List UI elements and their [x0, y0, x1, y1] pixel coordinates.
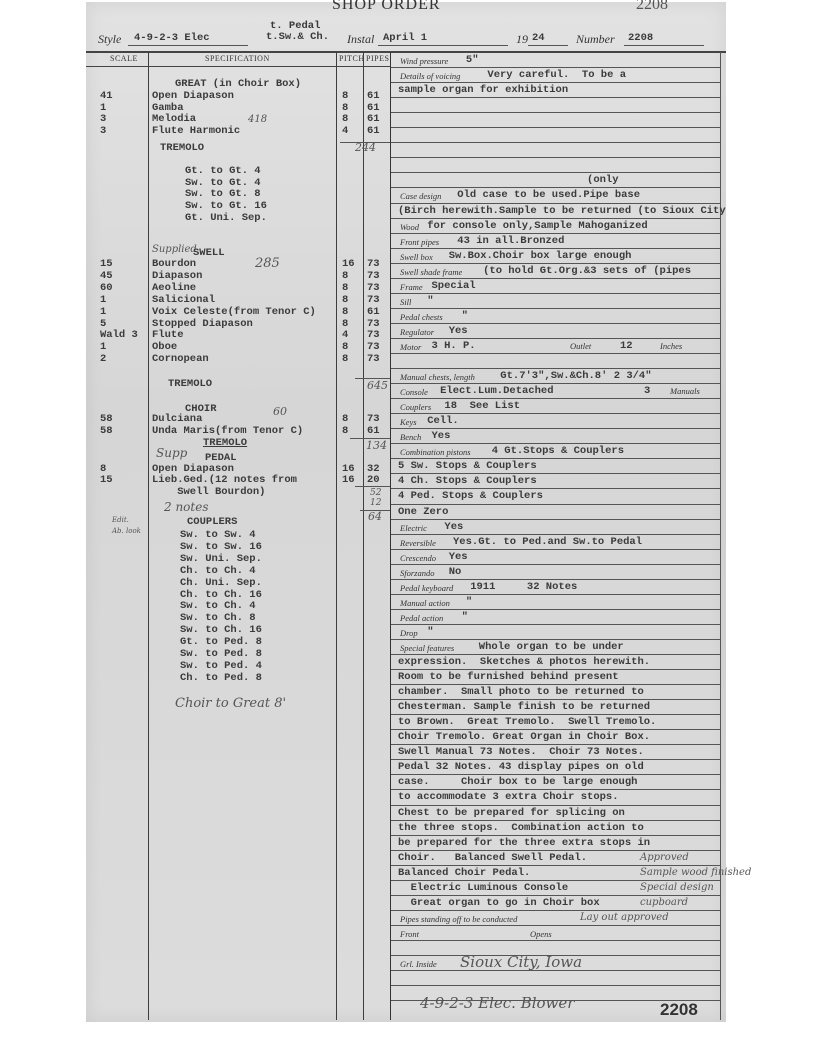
form-rule [391, 233, 720, 234]
field-value: 5" [466, 55, 479, 66]
field-value: 4 Ch. Stops & Couplers [398, 476, 537, 487]
stop-pitch: 8 [342, 307, 348, 318]
form-rule [391, 729, 720, 730]
motor-outlet-unit: Inches [660, 341, 682, 352]
field-value: Chest to be prepared for splicing on [398, 808, 625, 819]
field-label: Sforzando [400, 568, 434, 579]
field-value: be prepared for the three extra stops in [398, 838, 650, 849]
field-label: Front [400, 929, 419, 940]
stop-pipes: 61 [367, 426, 380, 437]
pedal-total: 64 [368, 511, 382, 522]
form-rule [391, 218, 720, 219]
couplers-heading: COUPLERS [187, 517, 237, 528]
opens-label: Opens [530, 929, 552, 940]
stop-scale: 58 [100, 426, 113, 437]
stop-pitch: 16 [342, 475, 355, 486]
field-label: Bench [400, 432, 421, 443]
form-rule [391, 368, 720, 369]
hand-note: Supp [156, 448, 187, 459]
field-label: Manual action [400, 598, 450, 609]
stop-pitch: 16 [342, 259, 355, 270]
field-value: " [427, 296, 433, 307]
choir-total: 134 [366, 440, 387, 451]
col-header-divider [86, 66, 390, 67]
field-value: " [462, 612, 468, 623]
col-pitch: PITCH [339, 54, 365, 63]
field-value: 43 in all.Bronzed [457, 236, 564, 247]
field-value: Whole organ to be under [479, 642, 624, 653]
col-scale: SCALE [110, 54, 138, 63]
form-rule [391, 443, 720, 444]
handwritten-note: Sioux City, Iowa [460, 957, 582, 968]
stop-pipes: 73 [367, 342, 380, 353]
handwritten-note: cupboard [640, 897, 688, 908]
stop-name: Stopped Diapason [152, 319, 253, 330]
stop-pitch: 8 [342, 283, 348, 294]
stop-pipes: 61 [367, 103, 380, 114]
choir-tremolo: TREMOLO [203, 438, 247, 449]
field-label: Electric [400, 523, 427, 534]
hand-note: 2 notes [164, 502, 208, 513]
stop-name: Oboe [152, 342, 177, 353]
handwritten-note: Lay out approved [580, 912, 669, 923]
field-value: " [427, 627, 433, 638]
stop-pipes: 73 [367, 414, 380, 425]
pedal-subvalue: 12 [370, 498, 381, 509]
field-label: Motor [400, 342, 421, 353]
field-value: (Birch herewith.Sample to be returned (t… [398, 206, 726, 217]
field-label: Console [400, 387, 428, 398]
field-label: Swell shade frame [400, 267, 462, 278]
form-rule [391, 564, 720, 565]
motor-outlet-value: 12 [620, 341, 633, 352]
field-value: Chesterman. Sample finish to be returned [398, 702, 650, 713]
form-rule [391, 865, 720, 866]
handwritten-note: Sample wood finished [640, 867, 751, 878]
stop-pipes: 73 [367, 319, 380, 330]
form-rule [391, 985, 720, 986]
stop-name: Diapason [152, 271, 202, 282]
form-rule [391, 142, 720, 143]
stop-pipes: 73 [367, 259, 380, 270]
form-rule [391, 157, 720, 158]
field-value: Old case to be used.Pipe base [457, 190, 640, 201]
handwritten-note: Special design [640, 882, 714, 893]
console-manuals-value: 3 [644, 386, 650, 397]
form-rule [391, 488, 720, 489]
field-value: Yes.Gt. to Ped.and Sw.to Pedal [453, 537, 642, 548]
field-value: 18 See List [444, 401, 520, 412]
field-value: chamber. Small photo to be returned to [398, 687, 644, 698]
stop-scale: 1 [100, 342, 106, 353]
stop-pipes: 61 [367, 126, 380, 137]
instal-label: Instal [347, 32, 374, 47]
field-value: Pedal 32 Notes. 43 display pipes on old [398, 762, 644, 773]
field-value: 4 Ped. Stops & Couplers [398, 491, 543, 502]
handwritten-note: Approved [640, 852, 689, 863]
coupler-item: Ch. to Ch. 4 [180, 566, 256, 577]
swell-heading: SWELL [193, 248, 225, 259]
stop-scale: 3 [100, 126, 106, 137]
coupler-item: Sw. to Ch. 16 [180, 625, 262, 636]
field-value: (to hold Gt.Org.&3 sets of (pipes [483, 266, 691, 277]
coupler-item: Sw. to Ch. 4 [180, 601, 256, 612]
field-value: for console only,Sample Mahoganized [427, 221, 648, 232]
stop-pipes: 61 [367, 114, 380, 125]
field-value: No [449, 567, 462, 578]
great-tremolo: TREMOLO [160, 143, 204, 154]
field-label: Pedal chests [400, 312, 443, 323]
col-pipes: PIPES [366, 54, 389, 63]
hand-note: 285 [255, 258, 280, 269]
hand-note: Supplied [152, 244, 197, 255]
stop-name: Swell Bourdon) [152, 487, 265, 498]
total-rule [350, 438, 390, 439]
stop-pipes: 20 [367, 475, 380, 486]
form-rule [391, 127, 720, 128]
form-rule [391, 654, 720, 655]
header-fields: Style 4-9-2-3 Elec t. Pedal t.Sw.& Ch. I… [98, 20, 718, 50]
field-value: Electric Luminous Console [398, 883, 568, 894]
form-rule [391, 820, 720, 821]
form-rule [391, 880, 720, 881]
stop-pitch: 8 [342, 354, 348, 365]
stop-scale: 1 [100, 103, 106, 114]
form-rule [391, 263, 720, 264]
stop-pipes: 73 [367, 283, 380, 294]
coupler-item: Sw. to Ped. 4 [180, 661, 262, 672]
great-coupler: Sw. to Gt. 4 [185, 178, 261, 189]
form-rule [391, 504, 720, 505]
form-rule [391, 323, 720, 324]
stop-name: Lieb.Ged.(12 notes from [152, 475, 297, 486]
margin-note: Edit. Ab. look [112, 515, 142, 537]
col-specification: SPECIFICATION [205, 54, 270, 63]
field-label: Wood [400, 222, 419, 233]
stop-pitch: 4 [342, 126, 348, 137]
stop-pipes: 61 [367, 307, 380, 318]
form-rule [391, 293, 720, 294]
stop-pitch: 8 [342, 91, 348, 102]
stop-name: Aeoline [152, 283, 196, 294]
field-label: Regulator [400, 327, 434, 338]
form-rule [391, 473, 720, 474]
coupler-item: Ch. to Ped. 8 [180, 673, 262, 684]
form-rule [391, 669, 720, 670]
form-rule [391, 744, 720, 745]
great-coupler: Gt. to Gt. 4 [185, 166, 261, 177]
field-value: Balanced Choir Pedal. [398, 868, 530, 879]
great-coupler: Sw. to Gt. 16 [185, 201, 267, 212]
stop-scale: 1 [100, 307, 106, 318]
field-value: the three stops. Combination action to [398, 823, 644, 834]
stop-scale: 1 [100, 295, 106, 306]
stop-scale: 60 [100, 283, 113, 294]
form-rule [391, 458, 720, 459]
style-label: Style [98, 32, 121, 47]
form-rule [391, 579, 720, 580]
field-value: to accommodate 3 extra Choir stops. [398, 792, 619, 803]
total-rule [355, 378, 390, 379]
stop-name: Flute Harmonic [152, 126, 240, 137]
right-panel-divider [390, 52, 391, 1020]
field-label: Front pipes [400, 237, 439, 248]
stop-pitch: 8 [342, 271, 348, 282]
form-rule [391, 519, 720, 520]
number-label: Number [576, 32, 615, 47]
document-title: SHOP ORDER [332, 0, 441, 14]
stop-scale: 15 [100, 259, 113, 270]
field-label: Reversible [400, 538, 436, 549]
stop-name: Melodia [152, 114, 196, 125]
hand-note: Choir to Great 8' [175, 698, 286, 709]
field-label: Frame [400, 282, 423, 293]
field-value: 5 Sw. Stops & Couplers [398, 461, 537, 472]
stop-pipes: 61 [367, 91, 380, 102]
scale-divider [148, 52, 149, 1020]
field-value: Choir. Balanced Swell Pedal. [398, 853, 587, 864]
form-rule [391, 910, 720, 911]
pipes-divider [363, 52, 364, 1020]
footer-handwriting: 4-9-2-3 Elec. Blower [420, 998, 574, 1009]
form-rule [391, 759, 720, 760]
form-rule [391, 308, 720, 309]
field-value: 1911 32 Notes [470, 582, 577, 593]
great-total: 244 [355, 142, 376, 153]
form-rule [391, 82, 720, 83]
field-value: Yes [444, 522, 463, 533]
stop-scale: Wald 3 [100, 330, 138, 341]
field-label: Swell box [400, 252, 433, 263]
form-rule [391, 338, 720, 339]
field-label: Manual chests, length [400, 372, 475, 383]
field-value: One Zero [398, 507, 448, 518]
form-rule [391, 699, 720, 700]
form-rule [391, 278, 720, 279]
form-rule [391, 112, 720, 113]
stop-pitch: 4 [342, 330, 348, 341]
field-value: sample organ for exhibition [398, 85, 568, 96]
field-label: Keys [400, 417, 417, 428]
field-value: Special [432, 281, 476, 292]
form-rule [391, 67, 720, 68]
field-label: Couplers [400, 402, 431, 413]
coupler-item: Sw. to Sw. 4 [180, 530, 256, 541]
stop-scale: 3 [100, 114, 106, 125]
stop-name: Cornopean [152, 354, 209, 365]
field-value: Gt.7'3",Sw.&Ch.8' 2 3/4" [500, 371, 651, 382]
form-rule [391, 684, 720, 685]
stop-name: Voix Celeste(from Tenor C) [152, 307, 316, 318]
motor-outlet-label: Outlet [570, 341, 591, 352]
total-rule [340, 142, 390, 143]
top-order-number: 2208 [636, 0, 668, 14]
field-value: " [466, 597, 472, 608]
stop-pitch: 8 [342, 414, 348, 425]
form-rule [391, 805, 720, 806]
swell-total: 645 [367, 380, 388, 391]
stop-name: Open Diapason [152, 91, 234, 102]
stop-pitch: 8 [342, 342, 348, 353]
total-rule [355, 486, 390, 487]
swell-tremolo: TREMOLO [168, 379, 212, 390]
coupler-item: Ch. Uni. Sep. [180, 578, 262, 589]
field-label: Special features [400, 643, 454, 654]
coupler-item: Sw. to Sw. 16 [180, 542, 262, 553]
style-extra-2: t.Sw.& Ch. [266, 31, 329, 43]
stop-name: Flute [152, 330, 184, 341]
stop-scale: 58 [100, 414, 113, 425]
instal-value: April 1 [383, 32, 427, 44]
stop-name: Salicional [152, 295, 215, 306]
year-value: 24 [532, 32, 545, 44]
stop-name: Gamba [152, 103, 184, 114]
field-label: Details of voicing [400, 71, 460, 82]
console-manuals-label: Manuals [670, 386, 700, 397]
form-rule [391, 353, 720, 354]
field-value: 3 H. P. [432, 341, 476, 352]
field-label: Pedal keyboard [400, 583, 453, 594]
stop-pipes: 73 [367, 330, 380, 341]
coupler-item: Sw. to Ch. 8 [180, 613, 256, 624]
hand-note: 60 [273, 406, 287, 417]
form-rule [391, 172, 720, 173]
stop-name: Dulciana [152, 414, 202, 425]
coupler-item: Gt. to Ped. 8 [180, 637, 262, 648]
form-rule [391, 187, 720, 188]
stop-scale: 5 [100, 319, 106, 330]
field-value: Yes [449, 326, 468, 337]
form-rule [391, 639, 720, 640]
hand-note: 418 [248, 114, 267, 125]
field-value: Sw.Box.Choir box large enough [449, 251, 632, 262]
stop-pitch: 8 [342, 295, 348, 306]
field-value: case. Choir box to be large enough [398, 777, 637, 788]
form-rule [391, 413, 720, 414]
header-divider [86, 51, 726, 53]
stop-pitch: 8 [342, 114, 348, 125]
pitch-divider [336, 52, 337, 1020]
coupler-item: Sw. to Ped. 8 [180, 649, 262, 660]
form-rule [391, 835, 720, 836]
field-label: Case design [400, 191, 441, 202]
year-prefix: 19 [516, 32, 528, 47]
field-label: Drop [400, 628, 418, 639]
stop-scale: 41 [100, 91, 113, 102]
number-value: 2208 [628, 32, 653, 44]
great-coupler: Gt. Uni. Sep. [185, 213, 267, 224]
field-value: Choir Tremolo. Great Organ in Choir Box. [398, 732, 650, 743]
form-rule [391, 789, 720, 790]
form-rule [391, 398, 720, 399]
field-value: 4 Gt.Stops & Couplers [492, 446, 624, 457]
form-rule [391, 774, 720, 775]
field-value: (only [398, 175, 619, 186]
stop-name: Unda Maris(from Tenor C) [152, 426, 303, 437]
form-rule [391, 549, 720, 550]
form-rule [391, 248, 720, 249]
form-rule [391, 714, 720, 715]
field-label: Pipes standing off to be conducted [400, 914, 517, 925]
form-rule [391, 97, 720, 98]
stop-pipes: 73 [367, 295, 380, 306]
footer-order-number: 2208 [660, 1000, 698, 1020]
stop-pitch: 8 [342, 319, 348, 330]
field-value: Great organ to go in Choir box [398, 898, 600, 909]
field-label: Pedal action [400, 613, 443, 624]
field-value: Elect.Lum.Detached [440, 386, 553, 397]
stop-scale: 2 [100, 354, 106, 365]
stop-pitch: 8 [342, 103, 348, 114]
stop-pipes: 73 [367, 354, 380, 365]
stop-scale: 45 [100, 271, 113, 282]
field-value: Yes [432, 431, 451, 442]
field-value: to Brown. Great Tremolo. Swell Tremolo. [398, 717, 656, 728]
field-value: expression. Sketches & photos herewith. [398, 657, 650, 668]
form-rule [391, 594, 720, 595]
form-rule [391, 383, 720, 384]
field-label: Sill [400, 297, 411, 308]
field-value: Room to be furnished behind present [398, 672, 619, 683]
field-label: Wind pressure [400, 56, 448, 67]
field-value: Yes [449, 552, 468, 563]
form-rule [391, 624, 720, 625]
field-label: Grl. Inside [400, 959, 437, 970]
form-rule [391, 428, 720, 429]
field-label: Crescendo [400, 553, 436, 564]
field-value: " [462, 311, 468, 322]
coupler-item: Ch. to Ch. 16 [180, 590, 262, 601]
total-rule [360, 510, 390, 511]
form-rule [391, 925, 720, 926]
form-rule [391, 940, 720, 941]
great-heading: GREAT (in Choir Box) [175, 79, 301, 90]
form-rule [391, 850, 720, 851]
stop-pipes: 73 [367, 271, 380, 282]
form-rule [391, 609, 720, 610]
form-rule [391, 534, 720, 535]
field-value: Swell Manual 73 Notes. Choir 73 Notes. [398, 747, 644, 758]
stop-scale: 15 [100, 475, 113, 486]
field-label: Combination pistons [400, 447, 471, 458]
form-rule [391, 895, 720, 896]
stop-name: Bourdon [152, 259, 196, 270]
form-rule [391, 203, 720, 204]
field-value: Cell. [427, 416, 459, 427]
stop-pitch: 8 [342, 426, 348, 437]
great-coupler: Sw. to Gt. 8 [185, 189, 261, 200]
field-value: Very careful. To be a [487, 70, 626, 81]
style-value: 4-9-2-3 Elec [134, 32, 210, 44]
coupler-item: Sw. Uni. Sep. [180, 554, 262, 565]
